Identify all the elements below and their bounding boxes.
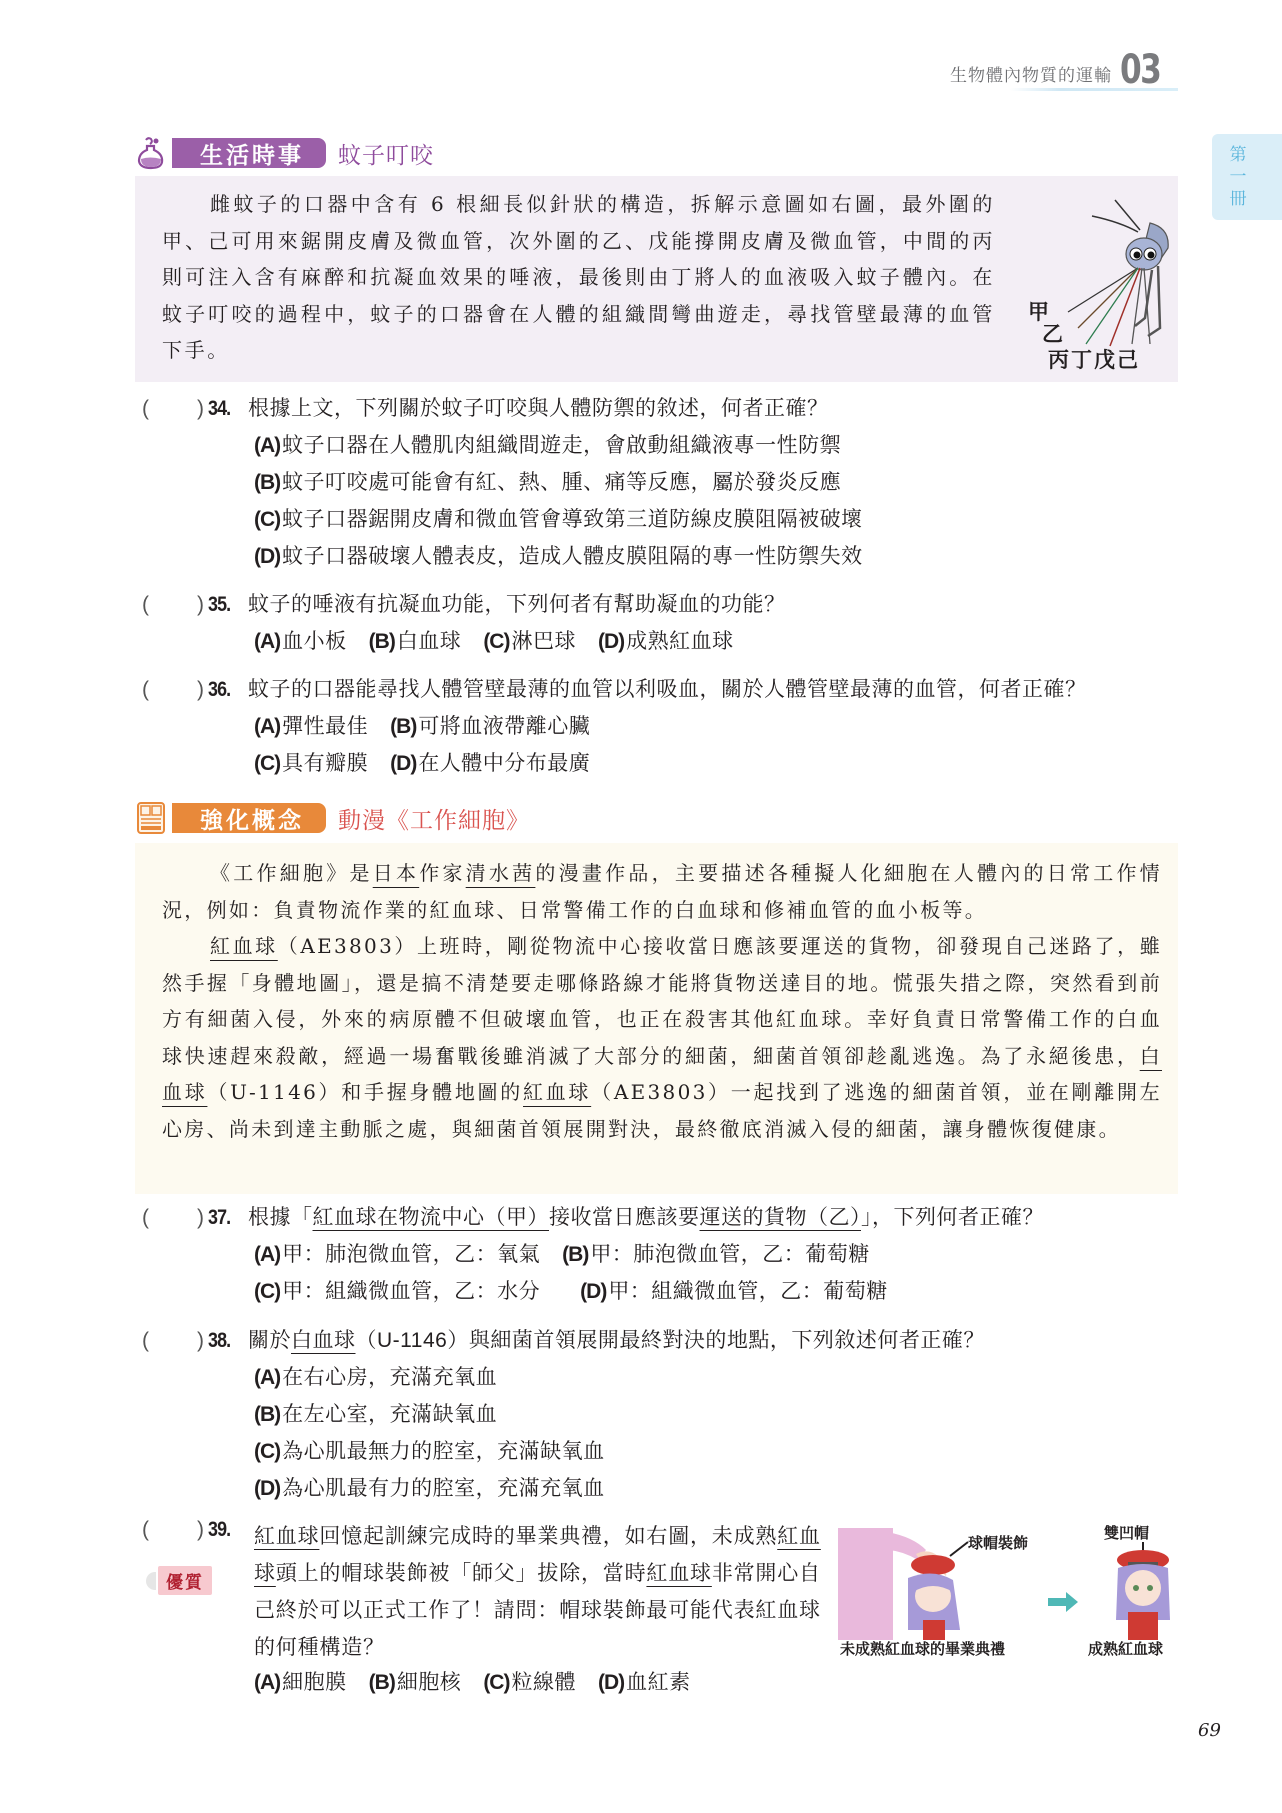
option-a[interactable]: (A)細胞膜 — [254, 1666, 347, 1696]
question-39: () 39. 紅血球回憶起訓練完成時的畢業典禮，如右圖，未成熟紅血球頭上的帽球裝… — [142, 1518, 822, 1703]
option-d[interactable]: (D)在人體中分布最廣 — [390, 747, 590, 777]
label-wu: 戊 — [1094, 344, 1115, 374]
question-stem: 蚊子的唾液有抗凝血功能，下列何者有幫助凝血的功能？ — [248, 588, 786, 618]
volume-tab-char: 一 — [1230, 166, 1247, 188]
label-ji: 己 — [1117, 344, 1138, 374]
question-38: () 38. 關於白血球（U-1146）與細菌首領展開最終對決的地點，下列敘述何… — [142, 1324, 985, 1509]
volume-tab-char: 冊 — [1230, 188, 1247, 210]
option-d[interactable]: (D)甲：組織微血管，乙：葡萄糖 — [580, 1275, 888, 1305]
option-b[interactable]: (B)甲：肺泡微血管，乙：葡萄糖 — [562, 1238, 870, 1268]
option-b[interactable]: (B)蚊子叮咬處可能會有紅、熱、腫、痛等反應，屬於發炎反應 — [254, 466, 841, 496]
option-a[interactable]: (A)甲：肺泡微血管，乙：氧氣 — [254, 1238, 540, 1268]
article-text: 雌蚊子的口器中含有 6 根細長似針狀的構造，拆解示意圖如右圖，最外圍的甲、己可用… — [162, 186, 995, 369]
chapter-title: 生物體內物質的運輸 — [950, 61, 1112, 90]
question-36: () 36. 蚊子的口器能尋找人體管壁最薄的血管以利吸血，關於人體管壁最薄的血管… — [142, 673, 1087, 784]
option-a[interactable]: (A)蚊子口器在人體肌肉組織間遊走，會啟動組織液專一性防禦 — [254, 429, 841, 459]
option-d[interactable]: (D)血紅素 — [598, 1666, 691, 1696]
answer-blank[interactable]: () — [142, 1329, 204, 1353]
running-header: 生物體內物質的運輸 03 — [950, 46, 1172, 90]
option-c[interactable]: (C)粒線體 — [483, 1666, 576, 1696]
article-paragraph-1: 《工作細胞》是日本作家清水茜的漫畫作品，主要描述各種擬人化細胞在人體內的日常工作… — [162, 855, 1162, 928]
question-number: 39. — [208, 1518, 242, 1542]
quality-badge: 優質 — [146, 1566, 212, 1595]
page-number: 69 — [1198, 1720, 1221, 1741]
comic-icon — [136, 801, 166, 835]
answer-blank[interactable]: () — [142, 678, 204, 702]
option-a[interactable]: (A)彈性最佳 — [254, 710, 368, 740]
section-banner-concept: 強化概念 動漫《工作細胞》 — [136, 801, 530, 835]
label-bing: 丙 — [1048, 344, 1069, 374]
section-banner-life: 生活時事 蚊子叮咬 — [136, 136, 434, 170]
header-underline — [1010, 88, 1178, 91]
question-number: 36. — [208, 678, 242, 702]
question-number: 35. — [208, 593, 242, 617]
option-b[interactable]: (B)細胞核 — [369, 1666, 462, 1696]
article-text: 《工作細胞》是日本作家清水茜的漫畫作品，主要描述各種擬人化細胞在人體內的日常工作… — [162, 855, 1162, 1147]
question-number: 37. — [208, 1206, 242, 1230]
option-b[interactable]: (B)可將血液帶離心臟 — [390, 710, 590, 740]
volume-tab: 第 一 冊 — [1212, 134, 1282, 220]
question-35: () 35. 蚊子的唾液有抗凝血功能，下列何者有幫助凝血的功能？ (A)血小板 … — [142, 588, 786, 662]
option-d[interactable]: (D)為心肌最有力的腔室，充滿充氧血 — [254, 1472, 605, 1502]
answer-blank[interactable]: () — [142, 1206, 204, 1230]
badge-tab-icon — [146, 1572, 156, 1590]
volume-tab-char: 第 — [1230, 144, 1247, 166]
label-ding: 丁 — [1071, 344, 1092, 374]
answer-blank[interactable]: () — [142, 1518, 204, 1542]
option-a[interactable]: (A)血小板 — [254, 625, 347, 655]
chapter-number: 03 — [1120, 50, 1160, 90]
option-c[interactable]: (C)具有瓣膜 — [254, 747, 368, 777]
bottom-labels: 丙 丁 戊 己 — [1048, 344, 1138, 374]
option-b[interactable]: (B)在左心室，充滿缺氧血 — [254, 1398, 497, 1428]
section-topic: 蚊子叮咬 — [338, 137, 434, 170]
section-tag: 生活時事 — [172, 138, 326, 168]
option-c[interactable]: (C)甲：組織微血管，乙：水分 — [254, 1275, 540, 1305]
article-paragraph: 雌蚊子的口器中含有 6 根細長似針狀的構造，拆解示意圖如右圖，最外圍的甲、己可用… — [162, 186, 995, 369]
article-box-cells-at-work: 《工作細胞》是日本作家清水茜的漫畫作品，主要描述各種擬人化細胞在人體內的日常工作… — [135, 843, 1178, 1194]
option-d[interactable]: (D)蚊子口器破壞人體表皮，造成人體皮膜阻隔的專一性防禦失效 — [254, 540, 863, 570]
mosquito-mouthparts-diagram: 甲 乙 丙 丁 戊 己 — [1020, 188, 1170, 368]
question-stem: 紅血球回憶起訓練完成時的畢業典禮，如右圖，未成熟紅血球頭上的帽球裝飾被「師父」拔… — [142, 1518, 822, 1666]
option-c[interactable]: (C)淋巴球 — [483, 625, 576, 655]
option-b[interactable]: (B)白血球 — [369, 625, 462, 655]
article-paragraph-2: 紅血球（AE3803）上班時，剛從物流中心接收當日應該要運送的貨物，卻發現自己迷… — [162, 928, 1162, 1147]
question-34: () 34. 根據上文，下列關於蚊子叮咬與人體防禦的敘述，何者正確？ (A)蚊子… — [142, 392, 885, 577]
flask-icon — [136, 136, 166, 170]
label-biconcave-cap: 雙凹帽 — [1104, 1522, 1149, 1543]
option-c[interactable]: (C)蚊子口器鋸開皮膚和微血管會導致第三道防線皮膜阻隔被破壞 — [254, 503, 863, 533]
label-pompom: 球帽裝飾 — [968, 1532, 1028, 1553]
caption-mature-rbc: 成熟紅血球 — [1088, 1638, 1163, 1659]
answer-blank[interactable]: () — [142, 593, 204, 617]
quality-badge-label: 優質 — [158, 1566, 212, 1595]
question-stem: 關於白血球（U-1146）與細菌首領展開最終對決的地點，下列敘述何者正確？ — [248, 1324, 985, 1354]
answer-blank[interactable]: () — [142, 397, 204, 421]
section-topic: 動漫《工作細胞》 — [338, 802, 530, 835]
caption-immature-rbc: 未成熟紅血球的畢業典禮 — [840, 1638, 1005, 1659]
question-number: 38. — [208, 1329, 242, 1353]
question-number: 34. — [208, 397, 242, 421]
option-d[interactable]: (D)成熟紅血球 — [598, 625, 734, 655]
question-stem: 蚊子的口器能尋找人體管壁最薄的血管以利吸血，關於人體管壁最薄的血管，何者正確？ — [248, 673, 1087, 703]
question-stem: 根據上文，下列關於蚊子叮咬與人體防禦的敘述，何者正確？ — [248, 392, 829, 422]
option-a[interactable]: (A)在右心房，充滿充氧血 — [254, 1361, 497, 1391]
question-37: () 37. 根據「紅血球在物流中心（甲）接收當日應該要運送的貨物（乙）」，下列… — [142, 1201, 1044, 1312]
option-c[interactable]: (C)為心肌最無力的腔室，充滿缺氧血 — [254, 1435, 605, 1465]
red-blood-cell-illustration: 球帽裝飾 雙凹帽 未成熟紅血球的畢業典禮 成熟紅血球 — [838, 1520, 1188, 1660]
question-stem: 根據「紅血球在物流中心（甲）接收當日應該要運送的貨物（乙）」，下列何者正確？ — [248, 1201, 1044, 1231]
section-tag: 強化概念 — [172, 803, 326, 833]
